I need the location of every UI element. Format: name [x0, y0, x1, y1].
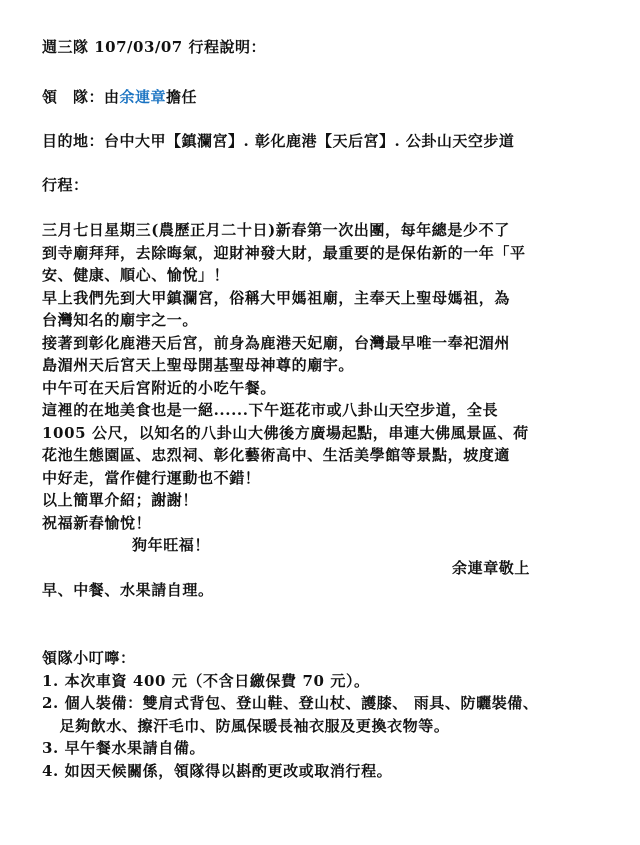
reminders-title: 領隊小叮嚀：: [42, 647, 590, 670]
signature: 余連章敬上: [42, 557, 590, 580]
meals-note: 早、中餐、水果請自理。: [42, 579, 590, 602]
body-line: 三月七日星期三(農歷正月二十日)新春第一次出團，每年總是少不了: [42, 219, 590, 242]
body-line: 台灣知名的廟宇之一。: [42, 309, 590, 332]
body-line: 花池生態園區、忠烈祠、彰化藝術高中、生活美學館等景點，坡度適: [42, 444, 590, 467]
reminder-item: 2. 個人裝備：雙肩式背包、登山鞋、登山杖、護膝、 雨具、防曬裝備、: [42, 692, 590, 715]
body-line: 早上我們先到大甲鎮瀾宮，俗稱大甲媽祖廟，主奉天上聖母媽祖，為: [42, 287, 590, 310]
reminder-item: 足夠飲水、擦汗毛巾、防風保暖長袖衣服及更換衣物等。: [42, 715, 590, 738]
body-line: 到寺廟拜拜，去除晦氣，迎財神發大財，最重要的是保佑新的一年「平: [42, 242, 590, 265]
itinerary-body: 三月七日星期三(農歷正月二十日)新春第一次出團，每年總是少不了 到寺廟拜拜，去除…: [42, 219, 590, 602]
itinerary-label: 行程：: [42, 174, 89, 195]
reminder-item: 3. 早午餐水果請自備。: [42, 737, 590, 760]
greeting: 狗年旺福！: [42, 534, 590, 557]
reminder-item: 4. 如因天候關係，領隊得以斟酌更改或取消行程。: [42, 760, 590, 783]
destination-line: 目的地：台中大甲【鎮瀾宮】. 彰化鹿港【天后宮】. 公卦山天空步道: [42, 130, 514, 151]
body-line: 中午可在天后宮附近的小吃午餐。: [42, 377, 590, 400]
document-title: 週三隊 107/03/07 行程說明：: [42, 36, 266, 57]
leader-line: 領 隊：由余連章擔任: [42, 86, 197, 107]
body-line: 1005 公尺，以知名的八卦山大佛後方廣場起點，串連大佛風景區、荷: [42, 422, 590, 445]
reminders-section: 領隊小叮嚀： 1. 本次車資 400 元（不含日繳保費 70 元）。 2. 個人…: [42, 647, 590, 782]
leader-suffix: 擔任: [166, 88, 197, 106]
body-line: 以上簡單介紹；謝謝！: [42, 489, 590, 512]
body-line: 島湄州天后宮天上聖母開基聖母神尊的廟宇。: [42, 354, 590, 377]
body-line: 祝福新春愉悅！: [42, 512, 590, 535]
body-line: 接著到彰化鹿港天后宮，前身為鹿港天妃廟，台灣最早唯一奉祀湄州: [42, 332, 590, 355]
leader-label: 領 隊：由: [42, 88, 120, 106]
body-line: 中好走，當作健行運動也不錯！: [42, 467, 590, 490]
reminder-item: 1. 本次車資 400 元（不含日繳保費 70 元）。: [42, 670, 590, 693]
body-line: 這裡的在地美食也是一絕......下午逛花市或八卦山天空步道，全長: [42, 399, 590, 422]
body-line: 安、健康、順心、愉悅」！: [42, 264, 590, 287]
leader-name: 余連章: [120, 88, 167, 106]
